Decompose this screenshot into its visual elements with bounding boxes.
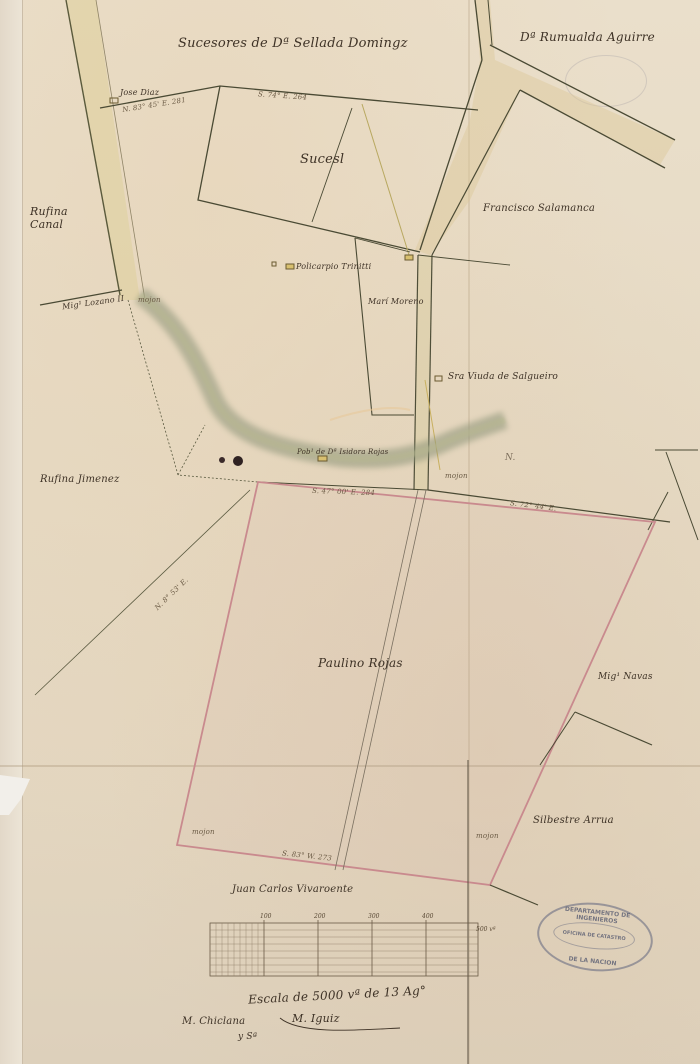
building-label-isidora: Pob¹ de Dª Isidora Rojas — [297, 448, 388, 456]
parcel-upper-middle: Marí Moreno — [368, 297, 424, 306]
mojon-label-2: mojon — [445, 472, 468, 480]
mojon-label-1: mojon — [138, 296, 161, 304]
scale-tick-3: 300 — [368, 913, 379, 920]
letter-n: N. — [505, 453, 516, 463]
ink-blots — [219, 456, 243, 466]
neighbor-right-middle: Mig¹ Navas — [598, 672, 653, 682]
scale-tick-5: 500 vª — [476, 926, 496, 933]
neighbor-left-upper: Rufina Canal — [30, 205, 90, 231]
signature-right: M. Iguiz — [292, 1012, 340, 1025]
signature-left-sub: y Sª — [238, 1032, 257, 1042]
neighbor-bottom-right: Silbestre Arrua — [533, 815, 614, 826]
building-label-jose-diaz: Jose Diaz — [120, 88, 159, 97]
parcel-main: Paulino Rojas — [318, 656, 403, 670]
mojon-label-4: mojon — [476, 832, 499, 840]
main-parcel-boundary — [177, 482, 655, 1064]
scale-bar — [210, 920, 478, 976]
building-markers — [110, 98, 442, 461]
mojon-label-3: mojon — [192, 828, 215, 836]
neighbor-right-upper: Francisco Salamanca — [483, 203, 595, 214]
neighbor-left-lower: Rufina Jimenez — [40, 474, 120, 485]
parcel-upper: Sucesl — [300, 152, 344, 167]
neighbor-top-right: Dª Rumualda Aguirre — [520, 30, 655, 44]
neighbor-bottom: Juan Carlos Vivaroente — [232, 884, 353, 895]
parcel-right-house: Sra Viuda de Salgueiro — [448, 372, 558, 382]
left-road — [66, 0, 145, 300]
scale-tick-4: 400 — [422, 913, 433, 920]
map-sheet: Sucesores de Dª Sellada Domingz Dª Rumua… — [0, 0, 700, 1064]
scale-tick-2: 200 — [314, 913, 325, 920]
signature-left: M. Chiclana — [182, 1016, 245, 1027]
header-label: Sucesores de Dª Sellada Domingz — [178, 36, 408, 51]
scale-tick-1: 100 — [260, 913, 271, 920]
building-label-policarpio: Policarpio Trinitti — [296, 262, 371, 271]
